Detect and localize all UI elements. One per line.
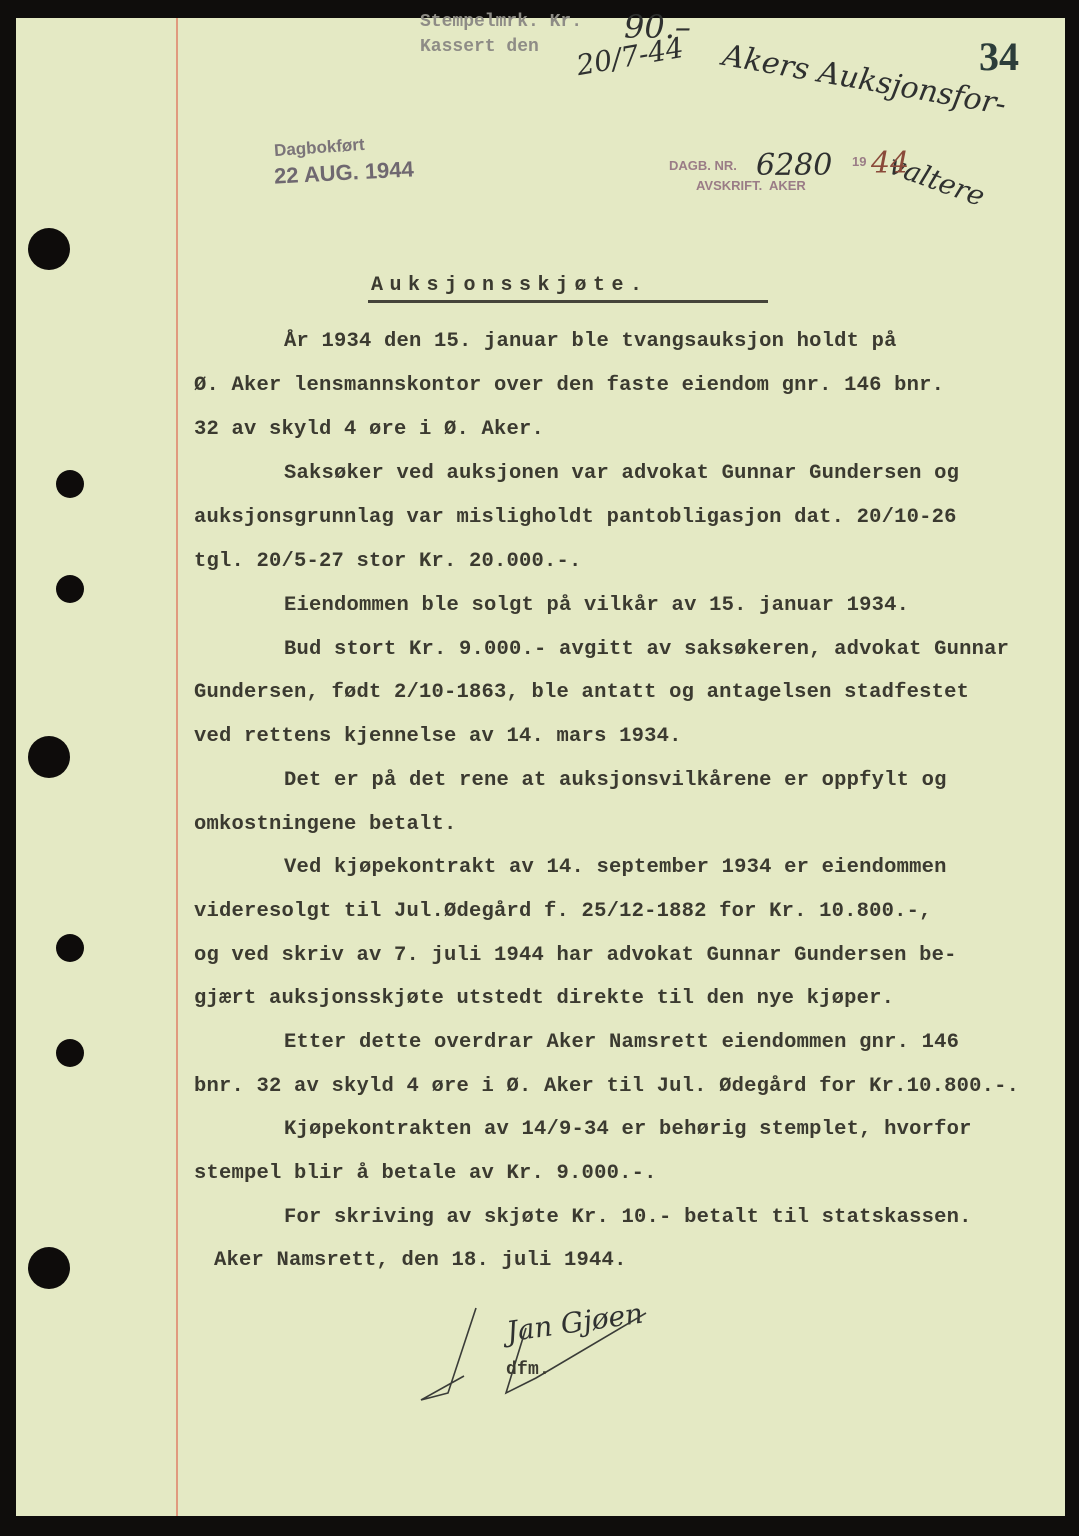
body-line: Kjøpekontrakten av 14/9-34 er behørig st… [284,1118,972,1141]
dagb-nr-stamp: DAGB. NR. [669,158,737,173]
body-line: tgl. 20/5-27 stor Kr. 20.000.-. [194,550,582,573]
body-line: År 1934 den 15. januar ble tvangsauksjon… [284,330,897,353]
body-line: Saksøker ved auksjonen var advokat Gunna… [284,462,959,485]
dagb-year-prefix: 19 [852,154,866,169]
body-line: Ved kjøpekontrakt av 14. september 1934 … [284,856,947,879]
document-page: Stempelmrk. Kr. Kassert den Dagbokført 2… [16,18,1065,1516]
signoff-abbreviation: dfm. [506,1360,550,1380]
body-line: For skriving av skjøte Kr. 10.- betalt t… [284,1206,972,1229]
body-line: Det er på det rene at auksjonsvilkårene … [284,769,947,792]
body-line: bnr. 32 av skyld 4 øre i Ø. Aker til Jul… [194,1075,1019,1098]
punch-hole [56,934,84,962]
body-line: 32 av skyld 4 øre i Ø. Aker. [194,418,544,441]
punch-hole [28,736,70,778]
body-line: videresolgt til Jul.Ødegård f. 25/12-188… [194,900,932,923]
title-underline [368,300,768,303]
kassert-stamp-line2: Kassert den [420,37,539,57]
body-line: Etter dette overdrar Aker Namsrett eiend… [284,1031,959,1054]
document-title: Auksjonsskjøte. [371,274,649,297]
dagbokfort-stamp-label: Dagbokført [273,135,365,161]
body-line: ved rettens kjennelse av 14. mars 1934. [194,725,682,748]
body-line: Ø. Aker lensmannskontor over den faste e… [194,374,944,397]
body-line: Gundersen, født 2/10-1863, ble antatt og… [194,681,969,704]
body-line: omkostningene betalt. [194,813,457,836]
handwritten-dagb-number: 6280 [756,148,832,183]
page-number: 34 [979,33,1019,80]
signature-flourish-icon [406,1298,666,1408]
body-line: Bud stort Kr. 9.000.- avgitt av saksøker… [284,638,1009,661]
handwritten-dagb-year: 44 [871,146,909,181]
punch-hole [28,1247,70,1289]
margin-line [176,18,178,1516]
punch-hole [28,228,70,270]
place-date-line: Aker Namsrett, den 18. juli 1944. [214,1249,627,1272]
dagbokfort-stamp-date: 22 AUG. 1944 [273,156,414,189]
punch-hole [56,575,84,603]
stempel-stamp-line1: Stempelmrk. Kr. [420,12,582,32]
handwritten-annotation-line1: Akers Auksjonsfor- [720,38,1009,122]
body-line: gjært auksjonsskjøte utstedt direkte til… [194,987,894,1010]
body-line: stempel blir å betale av Kr. 9.000.-. [194,1162,657,1185]
punch-hole [56,470,84,498]
body-line: Eiendommen ble solgt på vilkår av 15. ja… [284,594,909,617]
body-line: auksjonsgrunnlag var misligholdt pantobl… [194,506,957,529]
body-line: og ved skriv av 7. juli 1944 har advokat… [194,944,957,967]
punch-hole [56,1039,84,1067]
